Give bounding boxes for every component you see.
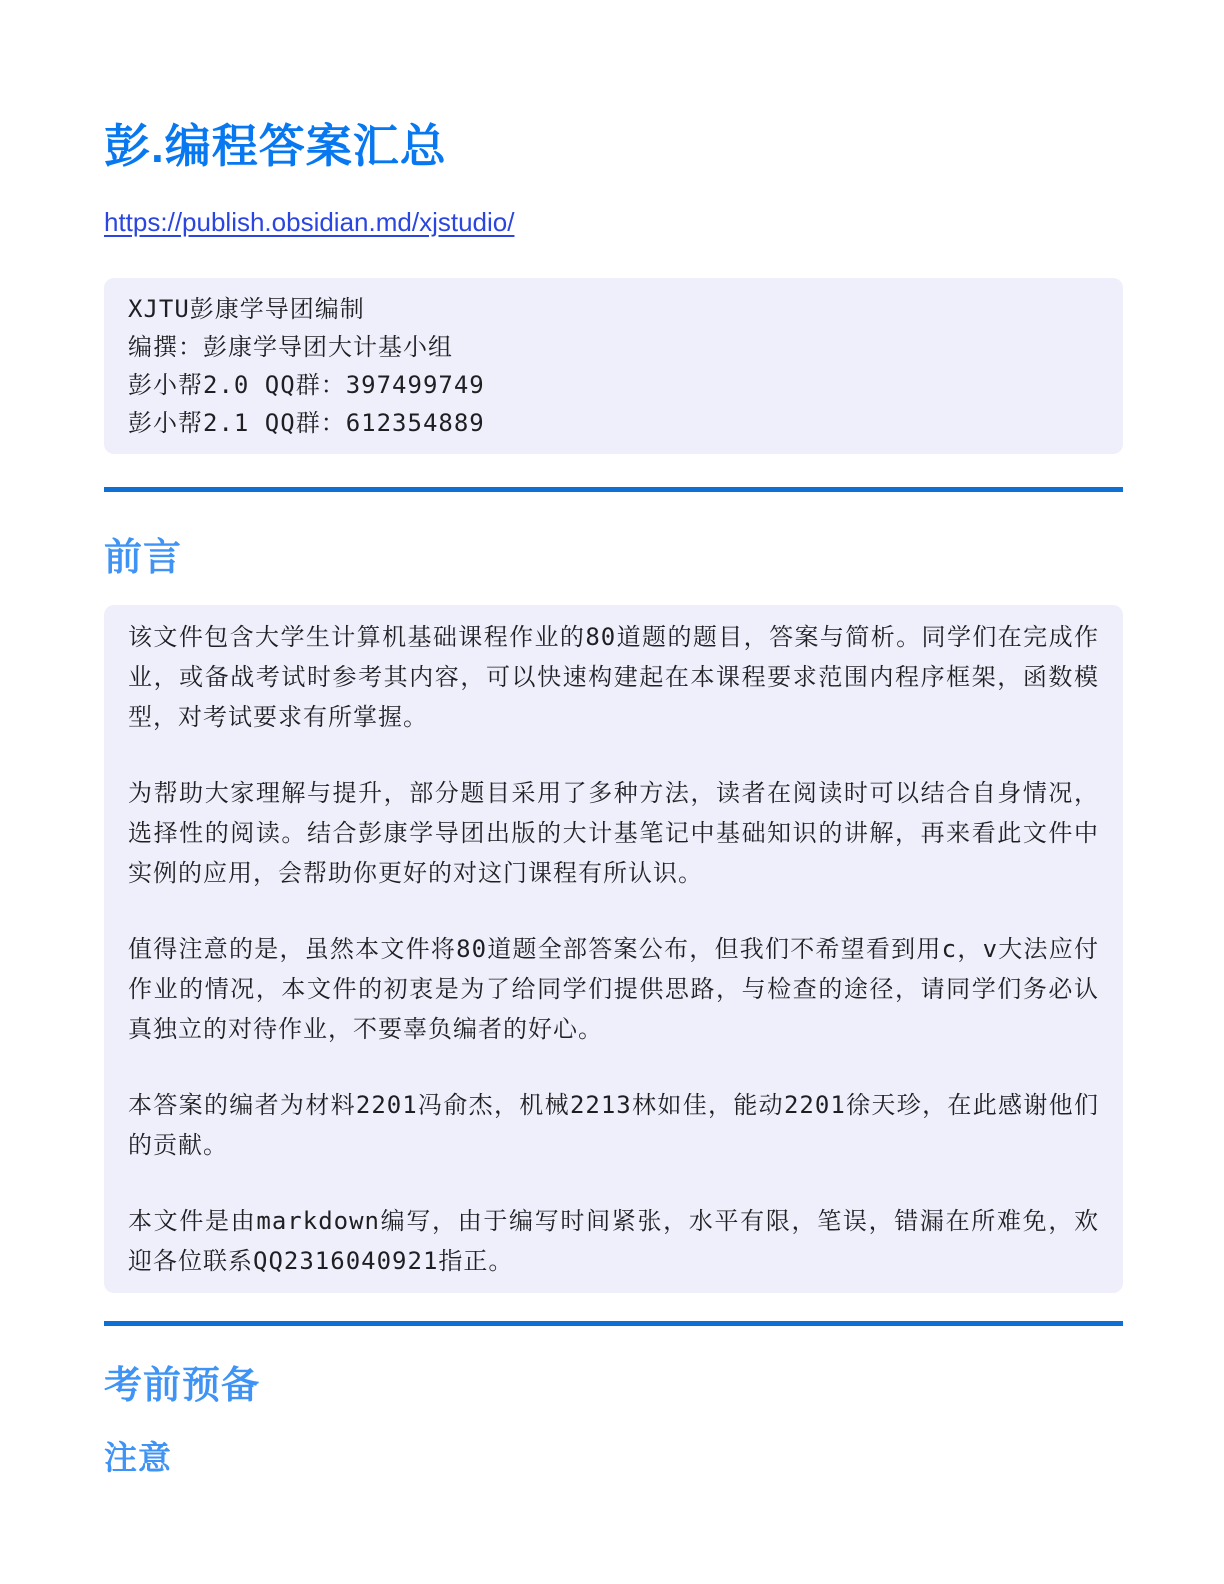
- section-divider: [104, 1321, 1123, 1326]
- exam-prep-heading: 考前预备: [104, 1362, 1123, 1411]
- preface-paragraph: 本文件是由markdown编写，由于编写时间紧张，水平有限，笔误，错漏在所难免，…: [128, 1201, 1099, 1281]
- info-line-qq-group-1: 彭小帮2.0 QQ群：397499749: [128, 366, 1099, 404]
- notice-heading: 注意: [104, 1437, 1123, 1480]
- info-line-editors: 编撰：彭康学导团大计基小组: [128, 328, 1099, 366]
- document-page: 彭.编程答案汇总 https://publish.obsidian.md/xjs…: [104, 0, 1123, 1480]
- page-title: 彭.编程答案汇总: [104, 118, 1123, 176]
- info-line-credit: XJTU彭康学导团编制: [128, 290, 1099, 328]
- preface-paragraph: 为帮助大家理解与提升，部分题目采用了多种方法，读者在阅读时可以结合自身情况，选择…: [128, 773, 1099, 893]
- section-divider: [104, 487, 1123, 492]
- preface-box: 该文件包含大学生计算机基础课程作业的80道题的题目，答案与简析。同学们在完成作业…: [104, 605, 1123, 1293]
- info-box: XJTU彭康学导团编制 编撰：彭康学导团大计基小组 彭小帮2.0 QQ群：397…: [104, 278, 1123, 454]
- preface-paragraph: 本答案的编者为材料2201冯俞杰，机械2213林如佳，能动2201徐天珍，在此感…: [128, 1085, 1099, 1165]
- preface-paragraph: 值得注意的是，虽然本文件将80道题全部答案公布，但我们不希望看到用c，v大法应付…: [128, 929, 1099, 1049]
- preface-paragraph: 该文件包含大学生计算机基础课程作业的80道题的题目，答案与简析。同学们在完成作业…: [128, 617, 1099, 737]
- source-link[interactable]: https://publish.obsidian.md/xjstudio/: [104, 206, 514, 238]
- info-line-qq-group-2: 彭小帮2.1 QQ群：612354889: [128, 404, 1099, 442]
- preface-heading: 前言: [104, 534, 1123, 583]
